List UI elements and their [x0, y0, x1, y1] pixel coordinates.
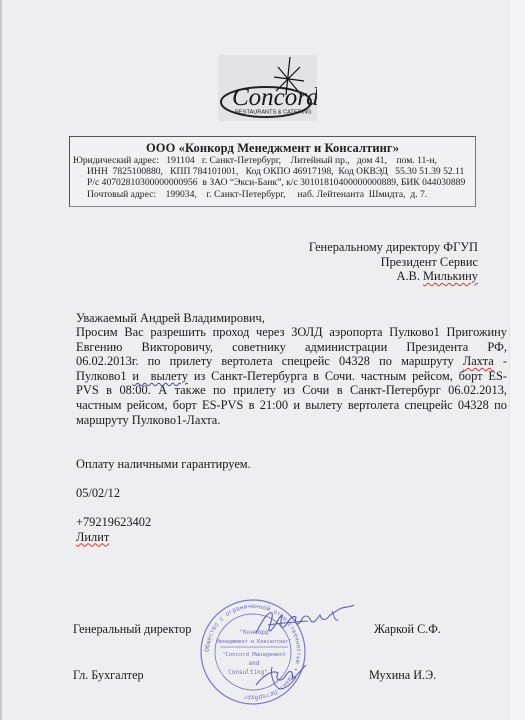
addressee-surname: Милькину: [423, 269, 478, 283]
concord-logo-icon: Concord RESTAURANTS & CATERING: [218, 55, 317, 121]
body-line: Просим Вас разрешить проход через ЗОЛД а…: [76, 325, 507, 340]
legal-address-line: Юридический адрес: 191104 г. Санкт-Петер…: [70, 155, 475, 166]
salutation: Уважаемый Андрей Владимирович,: [76, 311, 265, 326]
director-name: Жаркой С.Ф.: [374, 622, 441, 637]
accountant-role-label: Гл. Бухгалтер: [73, 668, 144, 683]
contact-name: Лилит: [76, 530, 109, 545]
letterhead-box: ООО «Конкорд Менеджмент и Консалтинг» Юр…: [69, 136, 476, 207]
page-right-edge: [509, 0, 525, 720]
body-line: PVS в 08:00. А также по прилету из Сочи …: [76, 383, 507, 398]
logo-brand-text: Concord: [232, 84, 317, 111]
addressee-organization: Президент Сервис: [309, 255, 478, 270]
body-line: Пулково1 и вылету из Санкт-Петербурга в …: [76, 369, 507, 384]
misspelled-word: Лахта: [463, 354, 494, 368]
contact-phone: +79219623402: [76, 515, 151, 530]
body-line: 06.02.2013г. по прилету вертолета спецре…: [76, 354, 507, 369]
body-line: Евгению Викторовичу, советнику администр…: [76, 340, 507, 355]
page-left-edge: [0, 0, 2, 720]
director-signature: [250, 603, 360, 643]
logo-tagline-text: RESTAURANTS & CATERING: [235, 110, 312, 116]
postal-address-line: Почтовый адрес: 199034, г. Санкт-Петербу…: [70, 189, 475, 200]
grammar-flagged-phrase: и вылету: [132, 369, 188, 383]
body-line: маршруту Пулково1-Лахта.: [76, 413, 507, 428]
tax-codes-line: ИНН 7825100880, КПП 784101001, Код ОКПО …: [70, 166, 475, 177]
company-logo: Concord RESTAURANTS & CATERING: [218, 55, 317, 121]
bank-details-line: Р/с 40702810300000000956 в ЗАО “Экси-Бан…: [70, 177, 475, 188]
contact-block: +79219623402 Лилит: [76, 515, 151, 544]
addressee-block: Генеральному директору ФГУП Президент Се…: [309, 240, 478, 284]
letter-date: 05/02/12: [76, 486, 120, 501]
body-line: частным рейсом, борт ES-PVS в 21:00 и вы…: [76, 398, 507, 413]
payment-guarantee: Оплату наличными гарантируем.: [76, 457, 251, 472]
accountant-name: Мухина И.Э.: [369, 668, 436, 683]
accountant-signature: [252, 655, 312, 695]
addressee-name: А.В. Милькину: [309, 269, 478, 284]
addressee-title: Генеральному директору ФГУП: [309, 240, 478, 255]
letter-body: Просим Вас разрешить проход через ЗОЛД а…: [76, 325, 507, 427]
addressee-initials: А.В.: [397, 269, 424, 283]
company-name: ООО «Конкорд Менеджмент и Консалтинг»: [70, 141, 475, 155]
director-role-label: Генеральный директор: [73, 622, 191, 637]
